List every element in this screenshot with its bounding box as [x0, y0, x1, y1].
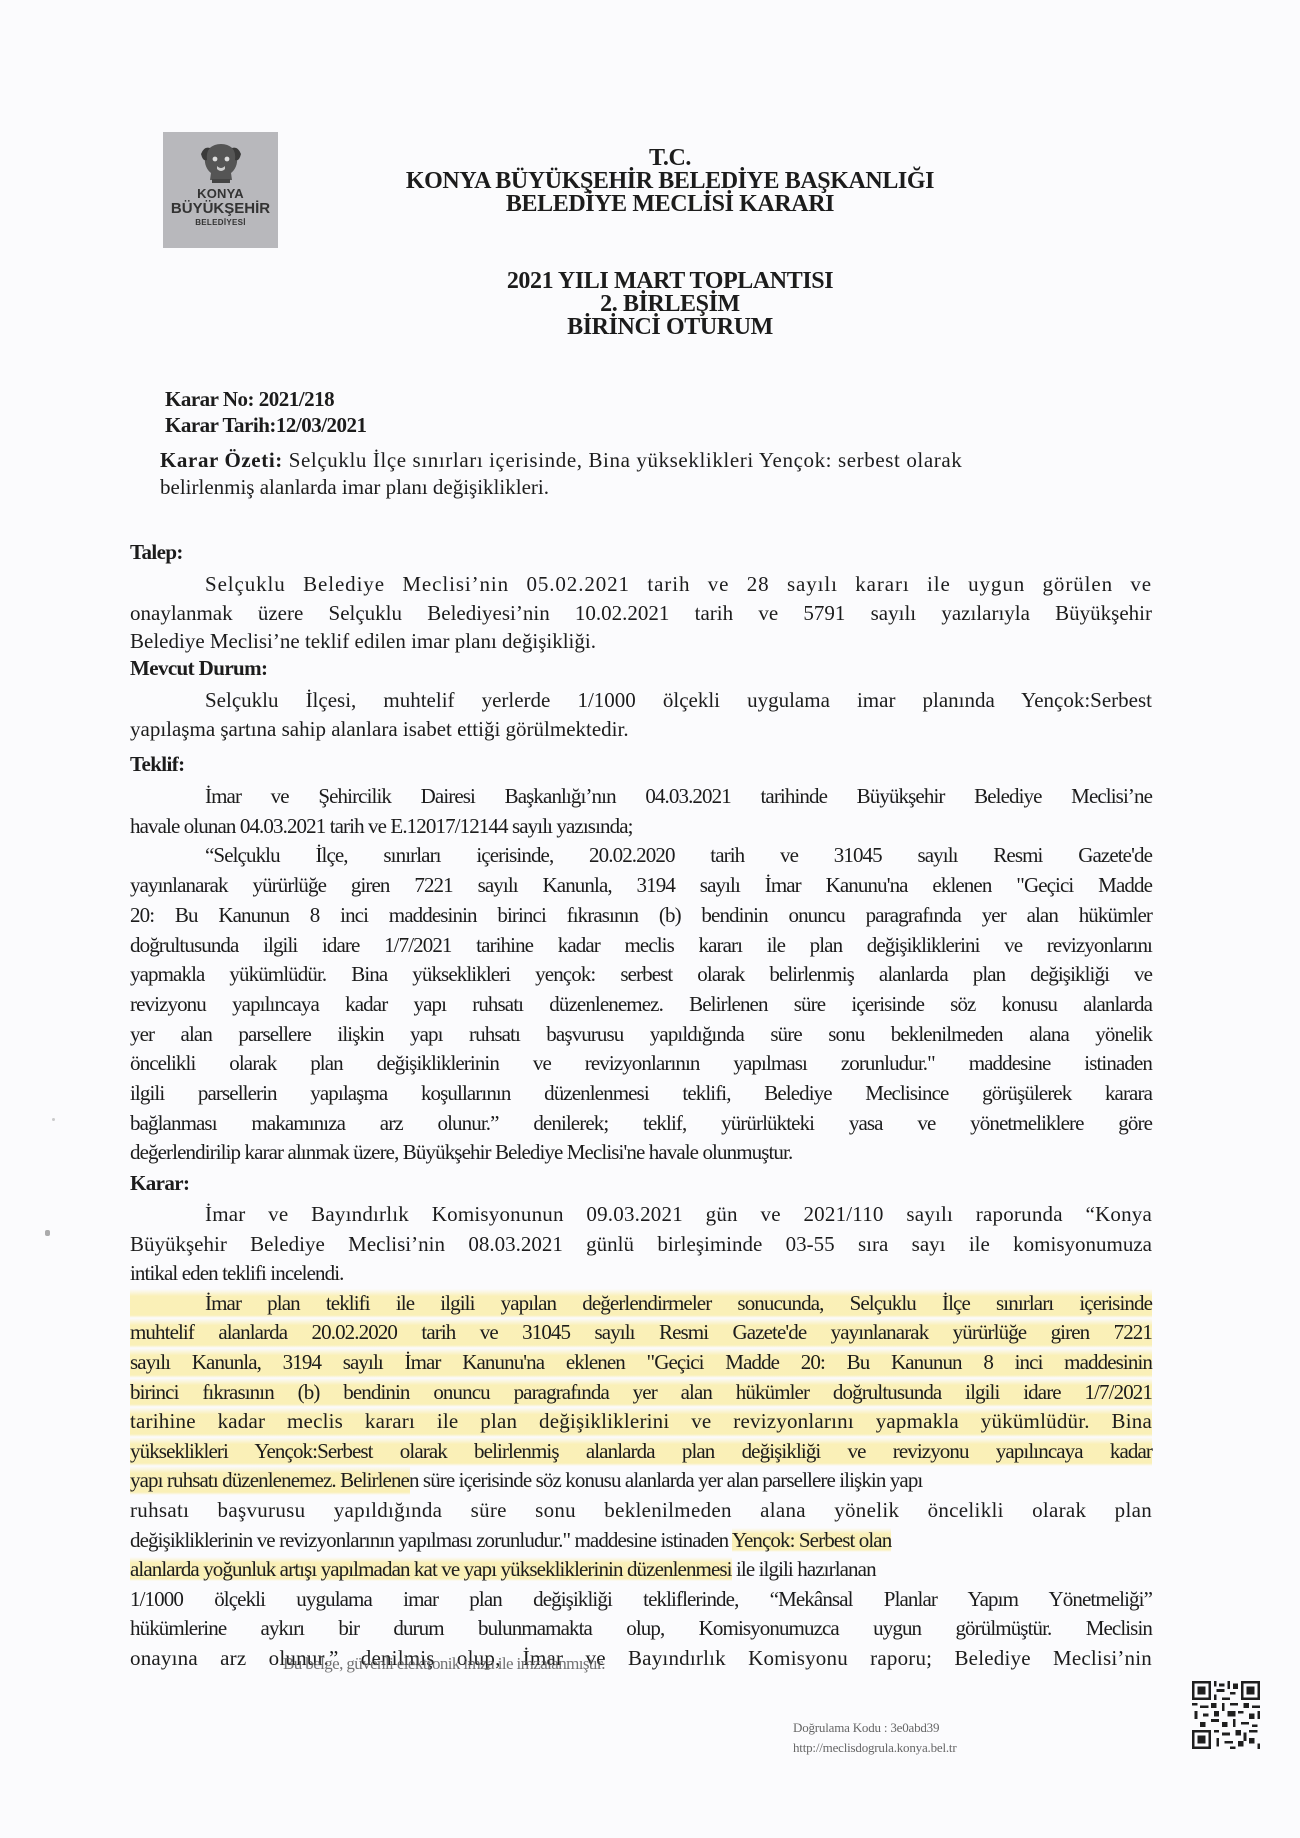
header-title: BELEDİYE MECLİSİ KARARI: [20, 193, 1300, 216]
summary-line-2: belirlenmiş alanlarda imar planı değişik…: [160, 474, 1150, 501]
text-line: bağlanması makamınıza arz olunur.” denil…: [130, 1109, 1152, 1139]
verification-code: Doğrulama Kodu : 3e0abd39: [793, 1720, 939, 1736]
section-heading-mevcut-durum: Mevcut Durum:: [130, 656, 267, 681]
document-header: T.C. KONYA BÜYÜKŞEHİR BELEDİYE BAŞKANLIĞ…: [20, 147, 1300, 216]
decision-summary: Karar Özeti: Selçuklu İlçe sınırları içe…: [160, 447, 1150, 501]
qr-code-icon[interactable]: [1192, 1681, 1260, 1749]
section-body-karar: İmar ve Bayındırlık Komisyonunun 09.03.2…: [130, 1200, 1152, 1674]
meeting-name: 2021 YILI MART TOPLANTISI: [20, 270, 1300, 293]
scan-artifact: [52, 1118, 55, 1121]
text-line: ilgili parsellerin yapılaşma koşullarını…: [130, 1079, 1152, 1109]
text-line: onaylanmak üzere Selçuklu Belediyesi’nin…: [130, 599, 1152, 628]
e-signature-notice: Bu belge, güvenli elektronik imza ile im…: [283, 1654, 605, 1674]
text-line: hükümlerine aykırı bir durum bulunmamakt…: [130, 1614, 1152, 1644]
decision-number: Karar No: 2021/218: [165, 387, 334, 412]
text-line: yer alan parsellere ilişkin yapı ruhsatı…: [130, 1020, 1152, 1050]
text-line: revizyonu yapılıncaya kadar yapı ruhsatı…: [130, 990, 1152, 1020]
summary-label: Karar Özeti:: [160, 448, 283, 472]
text-line-mixed: alanlarda yoğunluk artışı yapılmadan kat…: [130, 1555, 1152, 1585]
document-page: KONYA BÜYÜKŞEHİR BELEDİYESİ T.C. KONYA B…: [0, 0, 1300, 1838]
text-line-mixed: değişikliklerinin ve revizyonlarının yap…: [130, 1526, 1152, 1556]
text-line: yayınlanarak yürürlüğe giren 7221 sayılı…: [130, 871, 1152, 901]
text-line: İmar plan teklifi ile ilgili yapılan değ…: [205, 1291, 1152, 1315]
highlighted-line: birinci fıkrasının (b) bendinin onuncu p…: [130, 1378, 1152, 1408]
text-line: Büyükşehir Belediye Meclisi’nin 08.03.20…: [130, 1230, 1152, 1260]
text-line: “Selçuklu İlçe, sınırları içerisinde, 20…: [205, 843, 1152, 867]
decision-date: Karar Tarih:12/03/2021: [165, 413, 367, 438]
text-line: intikal eden teklifi incelendi.: [130, 1259, 1152, 1289]
text-line: Selçuklu Belediye Meclisi’nin 05.02.2021…: [205, 572, 1152, 596]
session-name: 2. BİRLEŞİM: [20, 293, 1300, 316]
highlighted-line: muhtelif alanlarda 20.02.2020 tarih ve 3…: [130, 1318, 1152, 1348]
decision-number-value: 2021/218: [259, 387, 334, 411]
text-line: 1/1000 ölçekli uygulama imar plan değişi…: [130, 1585, 1152, 1615]
decision-date-label: Karar Tarih:: [165, 413, 276, 437]
text-line: Selçuklu İlçesi, muhtelif yerlerde 1/100…: [205, 688, 1152, 712]
section-heading-karar: Karar:: [130, 1171, 189, 1196]
text-line-partial-highlight: yapı ruhsatı düzenlenemez. Belirlenen sü…: [130, 1466, 1152, 1496]
highlighted-line: sayılı Kanunla, 3194 sayılı İmar Kanunu'…: [130, 1348, 1152, 1378]
text-line: öncelikli olarak plan değişikliklerinin …: [130, 1049, 1152, 1079]
highlighted-fragment: alanlarda yoğunluk artışı yapılmadan kat…: [130, 1557, 732, 1581]
header-institution: KONYA BÜYÜKŞEHİR BELEDİYE BAŞKANLIĞI: [20, 170, 1300, 193]
text-line: 20: Bu Kanunun 8 inci maddesinin birinci…: [130, 901, 1152, 931]
header-tc: T.C.: [20, 147, 1300, 170]
scan-artifact: [45, 1230, 50, 1236]
section-body-mevcut-durum: Selçuklu İlçesi, muhtelif yerlerde 1/100…: [130, 686, 1152, 743]
section-body-teklif: İmar ve Şehircilik Dairesi Başkanlığı’nı…: [130, 782, 1152, 1168]
text-line: İmar ve Bayındırlık Komisyonunun 09.03.2…: [205, 1202, 1152, 1226]
section-heading-teklif: Teklif:: [130, 752, 185, 777]
highlighted-line: İmar plan teklifi ile ilgili yapılan değ…: [130, 1289, 1152, 1319]
text-line: yapmakla yükümlüdür. Bina yükseklikleri …: [130, 960, 1152, 990]
text-line: havale olunan 04.03.2021 tarih ve E.1201…: [130, 812, 1152, 842]
text-line: yapılaşma şartına sahip alanlara isabet …: [130, 715, 1152, 744]
text-line: değerlendirilip karar alınmak üzere, Büy…: [130, 1138, 1152, 1168]
meeting-header: 2021 YILI MART TOPLANTISI 2. BİRLEŞİM Bİ…: [20, 270, 1300, 339]
text-line: İmar ve Şehircilik Dairesi Başkanlığı’nı…: [205, 784, 1152, 808]
section-heading-talep: Talep:: [130, 540, 183, 565]
logo-text-belediyesi: BELEDİYESİ: [195, 218, 246, 227]
summary-line-1: Selçuklu İlçe sınırları içerisinde, Bina…: [283, 448, 963, 472]
decision-number-label: Karar No:: [165, 387, 254, 411]
section-body-talep: Selçuklu Belediye Meclisi’nin 05.02.2021…: [130, 570, 1152, 656]
highlighted-line: tarihine kadar meclis kararı ile plan de…: [130, 1407, 1152, 1437]
verification-url[interactable]: http://meclisdogrula.konya.bel.tr: [793, 1740, 956, 1756]
decision-date-value: 12/03/2021: [276, 413, 367, 437]
text-line: doğrultusunda ilgili idare 1/7/2021 tari…: [130, 931, 1152, 961]
text-line: ruhsatı başvurusu yapıldığında süre sonu…: [130, 1496, 1152, 1526]
highlighted-fragment: Yençok: Serbest olan: [732, 1528, 892, 1552]
highlighted-line: yükseklikleri Yençok:Serbest olarak beli…: [130, 1437, 1152, 1467]
text-line: Belediye Meclisi’ne teklif edilen imar p…: [130, 627, 1152, 656]
sitting-name: BİRİNCİ OTURUM: [20, 316, 1300, 339]
